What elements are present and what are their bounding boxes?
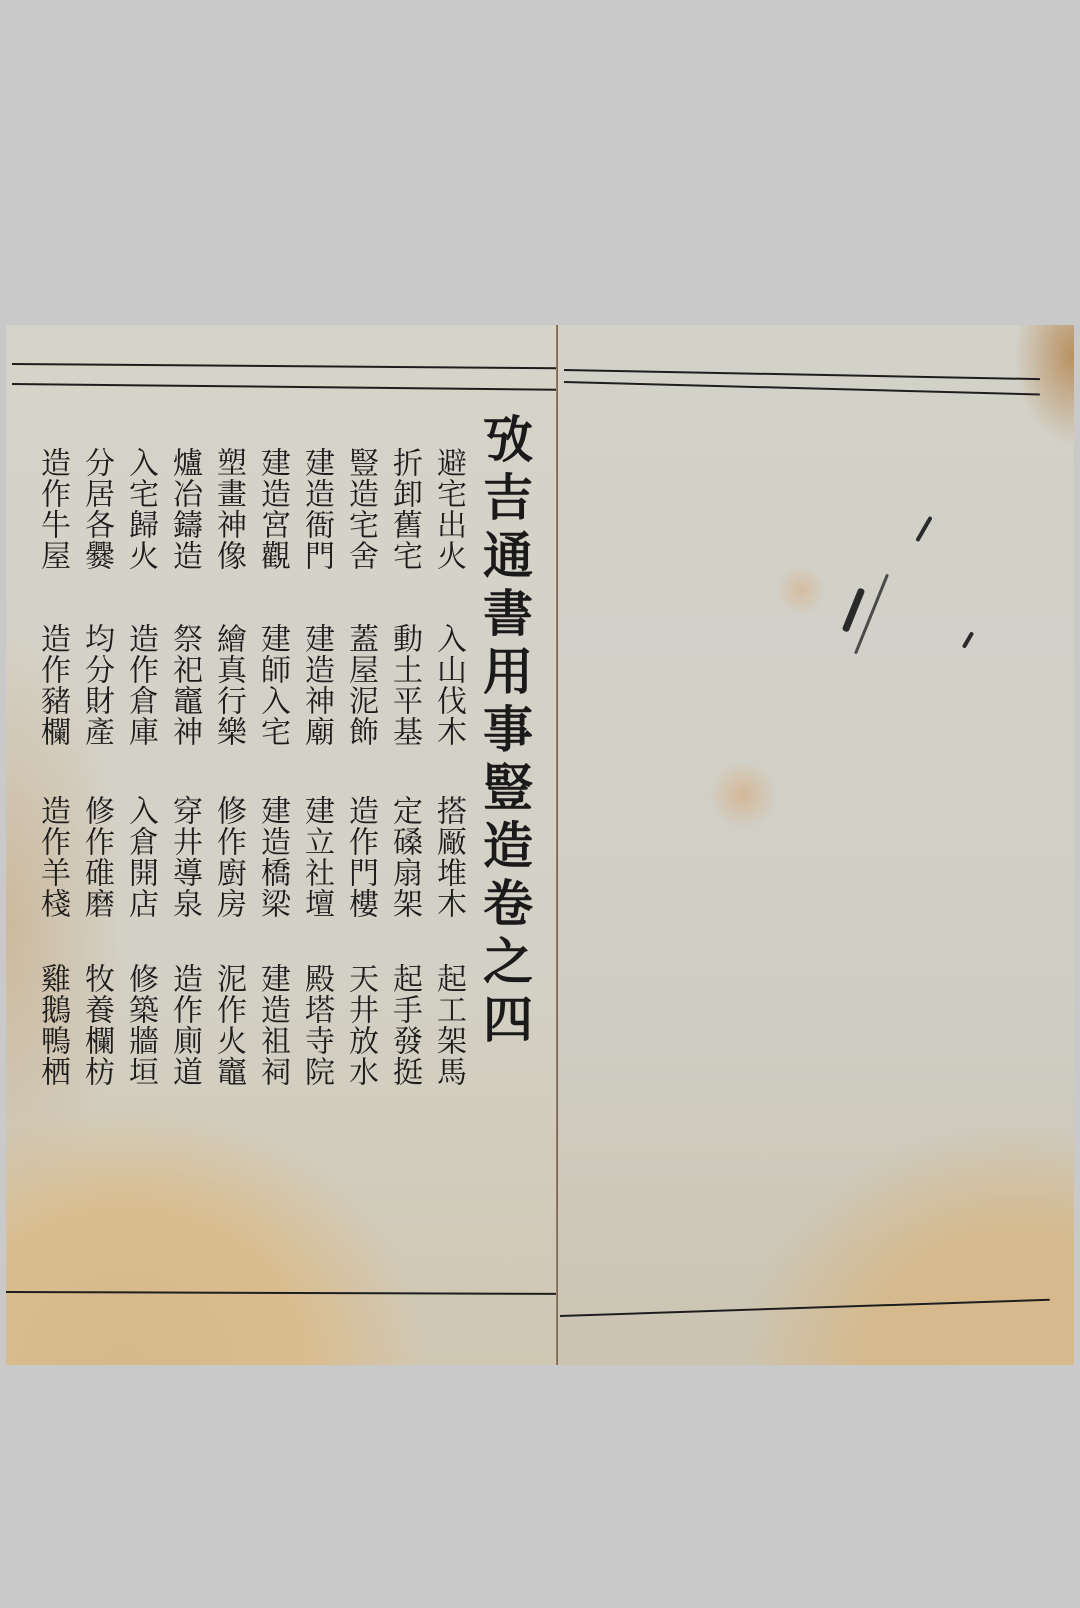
entry: 建立社壇 <box>294 795 338 919</box>
entry: 動土平基 <box>382 623 426 747</box>
ink-mark <box>915 516 932 542</box>
open-book: 攷吉通書用事豎造卷之四 避宅出火 折卸舊宅 豎造宅舍 建造衙門 建造宮觀 塑畫神… <box>6 325 1074 1365</box>
entry-row-4: 起工架馬 起手發挺 天井放水 殿塔寺院 建造祖祠 泥作火竈 造作廁道 修築牆垣 … <box>30 963 470 1087</box>
entry: 建造橋梁 <box>250 795 294 919</box>
bottom-border-rule <box>6 1291 558 1295</box>
entry: 搭厰堆木 <box>426 795 470 919</box>
entry: 造作牛屋 <box>30 447 74 571</box>
entry: 分居各爨 <box>74 447 118 571</box>
entry: 牧養欄枋 <box>74 963 118 1087</box>
entry: 建造神廟 <box>294 623 338 747</box>
entry: 均分財產 <box>74 623 118 747</box>
entry: 穿井導泉 <box>162 795 206 919</box>
entry: 豎造宅舍 <box>338 447 382 571</box>
ink-mark <box>842 587 866 632</box>
entry: 修築牆垣 <box>118 963 162 1087</box>
entry: 建造祖祠 <box>250 963 294 1087</box>
entry: 爐冶鑄造 <box>162 447 206 571</box>
entry: 造作門樓 <box>338 795 382 919</box>
right-page <box>558 325 1074 1365</box>
entry: 定磉扇架 <box>382 795 426 919</box>
top-border-rule-outer <box>564 369 1040 380</box>
ink-mark <box>962 631 974 649</box>
top-border-rule-inner <box>564 381 1040 395</box>
entry: 折卸舊宅 <box>382 447 426 571</box>
bottom-border-rule <box>560 1299 1050 1317</box>
entry: 起手發挺 <box>382 963 426 1087</box>
entry: 起工架馬 <box>426 963 470 1087</box>
entry-row-3: 搭厰堆木 定磉扇架 造作門樓 建立社壇 建造橋梁 修作廚房 穿井導泉 入倉開店 … <box>30 795 470 919</box>
entry: 造作豬欄 <box>30 623 74 747</box>
entry: 祭祀竈神 <box>162 623 206 747</box>
entry: 塑畫神像 <box>206 447 250 571</box>
entry-row-2: 入山伐木 動土平基 蓋屋泥飾 建造神廟 建師入宅 繪真行樂 祭祀竈神 造作倉庫 … <box>30 623 470 747</box>
entry: 建師入宅 <box>250 623 294 747</box>
ink-mark <box>854 574 889 655</box>
entry: 建造衙門 <box>294 447 338 571</box>
entry: 泥作火竈 <box>206 963 250 1087</box>
left-page: 攷吉通書用事豎造卷之四 避宅出火 折卸舊宅 豎造宅舍 建造衙門 建造宮觀 塑畫神… <box>6 325 558 1365</box>
entry: 雞鵝鴨栖 <box>30 963 74 1087</box>
entry: 殿塔寺院 <box>294 963 338 1087</box>
entry: 入山伐木 <box>426 623 470 747</box>
entry: 造作羊棧 <box>30 795 74 919</box>
entry: 造作廁道 <box>162 963 206 1087</box>
entry: 蓋屋泥飾 <box>338 623 382 747</box>
entry: 修作碓磨 <box>74 795 118 919</box>
book-title: 攷吉通書用事豎造卷之四 <box>482 413 540 1051</box>
entry: 修作廚房 <box>206 795 250 919</box>
top-border-rule-inner <box>12 383 558 391</box>
entry: 避宅出火 <box>426 447 470 571</box>
entry: 建造宮觀 <box>250 447 294 571</box>
entry: 入倉開店 <box>118 795 162 919</box>
entry: 繪真行樂 <box>206 623 250 747</box>
entry: 造作倉庫 <box>118 623 162 747</box>
entry: 天井放水 <box>338 963 382 1087</box>
top-border-rule-outer <box>12 363 558 369</box>
entry-row-1: 避宅出火 折卸舊宅 豎造宅舍 建造衙門 建造宮觀 塑畫神像 爐冶鑄造 入宅歸火 … <box>30 447 470 571</box>
entry: 入宅歸火 <box>118 447 162 571</box>
